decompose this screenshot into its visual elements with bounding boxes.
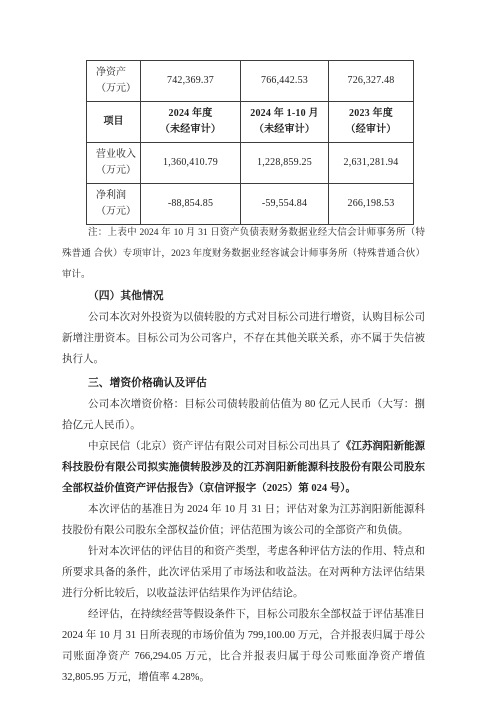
table-cell-label: 净利润 （万元） [87, 184, 141, 225]
document-page: 净资产 （万元） 742,369.37 766,442.53 726,327.4… [0, 0, 500, 707]
table-cell-value: -88,854.85 [141, 184, 241, 225]
table-header-2024-jan-oct: 2024 年 1-10 月 （未经审计） [241, 102, 329, 143]
table-cell-value: -59,554.84 [241, 184, 329, 225]
section-heading-other-situation: （四）其他情况 [62, 286, 425, 307]
financial-data-table: 净资产 （万元） 742,369.37 766,442.53 726,327.4… [86, 60, 414, 225]
table-row-net-profit: 净利润 （万元） -88,854.85 -59,554.84 266,198.5… [87, 184, 414, 225]
paragraph-valuation-report: 中京民信（北京）资产评估有限公司对目标公司出具了《江苏润阳新能源科技股份有限公司… [62, 436, 425, 499]
paragraph-valuation-result: 经评估，在持续经营等假设条件下，目标公司股东全部权益于评估基准日 2024 年 … [62, 604, 425, 688]
table-row-revenue: 营业收入 （万元） 1,360,410.79 1,228,859.25 2,63… [87, 143, 414, 184]
table-header-item: 项目 [87, 102, 141, 143]
valuation-report-prefix: 中京民信（北京）资产评估有限公司对目标公司出具了 [88, 441, 341, 452]
table-row-net-assets: 净资产 （万元） 742,369.37 766,442.53 726,327.4… [87, 61, 414, 102]
table-header-row: 项目 2024 年度 （未经审计） 2024 年 1-10 月 （未经审计） 2… [87, 102, 414, 143]
table-cell-label: 营业收入 （万元） [87, 143, 141, 184]
paragraph-valuation-method: 针对本次评估的评估目的和资产类型，考虑各种评估方法的作用、特点和所要求具备的条件… [62, 541, 425, 604]
paragraph-investment-nature: 公司本次对外投资为以债转股的方式对目标公司进行增资，认购目标公司新增注册资本。目… [62, 307, 425, 370]
table-cell-value: 266,198.53 [329, 184, 414, 225]
table-cell-value: 726,327.48 [329, 61, 414, 102]
table-cell-value: 766,442.53 [241, 61, 329, 102]
table-header-2023-annual: 2023 年度 （经审计） [329, 102, 414, 143]
table-header-2024-annual: 2024 年度 （未经审计） [141, 102, 241, 143]
document-text-column: 注：上表中 2024 年 10 月 31 日资产负债表财务数据业经大信会计师事务… [62, 223, 425, 688]
section-heading-pricing-valuation: 三、增资价格确认及评估 [62, 373, 425, 394]
paragraph-capital-increase-price: 公司本次增资价格：目标公司债转股前估值为 80 亿元人民币（大写：捌拾亿元人民币… [62, 394, 425, 436]
table-cell-value: 1,360,410.79 [141, 143, 241, 184]
table-audit-note: 注：上表中 2024 年 10 月 31 日资产负债表财务数据业经大信会计师事务… [62, 223, 425, 286]
table-cell-value: 1,228,859.25 [241, 143, 329, 184]
table-cell-value: 2,631,281.94 [329, 143, 414, 184]
table-cell-value: 742,369.37 [141, 61, 241, 102]
paragraph-valuation-base-date: 本次评估的基准日为 2024 年 10 月 31 日；评估对象为江苏润阳新能源科… [62, 499, 425, 541]
table-cell-label: 净资产 （万元） [87, 61, 141, 102]
